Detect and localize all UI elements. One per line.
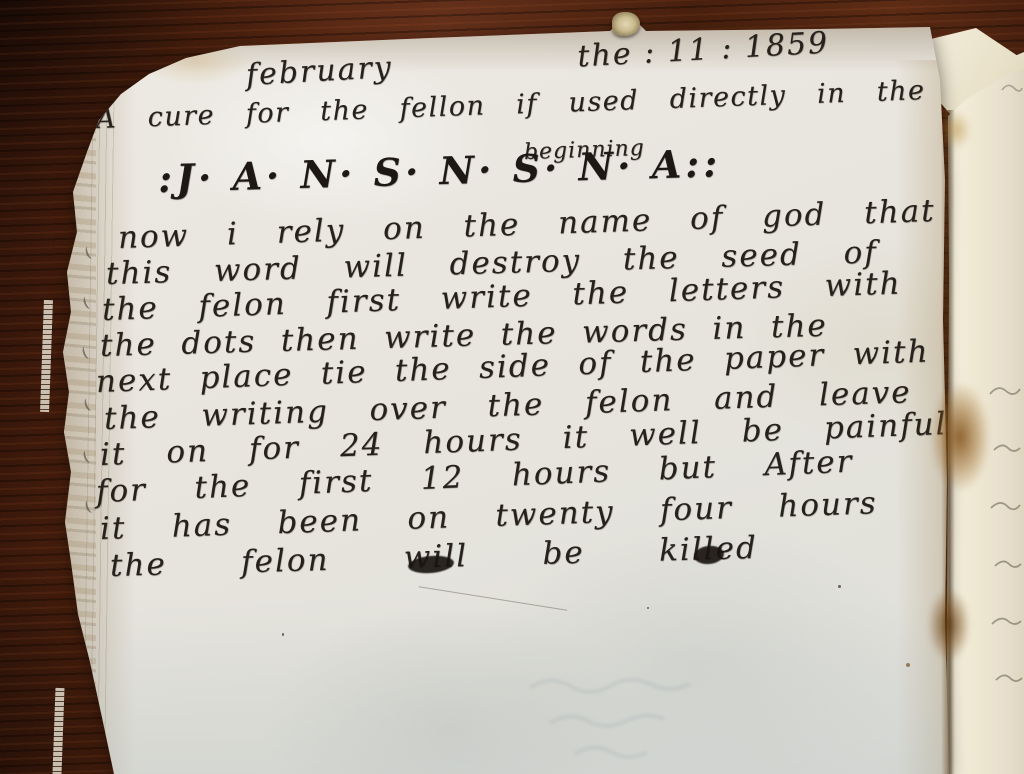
gutter-stain bbox=[928, 588, 970, 662]
page-wrap: february the : 11 : 1859 A cure for the … bbox=[0, 0, 1024, 774]
charm-letters-line: :J· A· N· S· N· S· N· A:: bbox=[157, 140, 721, 201]
gutter-stain bbox=[930, 382, 990, 492]
main-page: february the : 11 : 1859 A cure for the … bbox=[0, 0, 1024, 774]
handwritten-title-line: A cure for the fellon if used directly i… bbox=[95, 75, 926, 135]
ink-speck bbox=[838, 585, 841, 588]
ink-speck bbox=[647, 607, 649, 609]
ink-speck bbox=[282, 633, 284, 636]
manuscript-photo: february the : 11 : 1859 A cure for the … bbox=[0, 0, 1024, 774]
ink-speck bbox=[906, 663, 910, 667]
gutter-stain bbox=[936, 104, 976, 156]
show-through-marks bbox=[520, 668, 820, 768]
date-month: february bbox=[245, 50, 394, 93]
page-stain bbox=[140, 40, 250, 84]
